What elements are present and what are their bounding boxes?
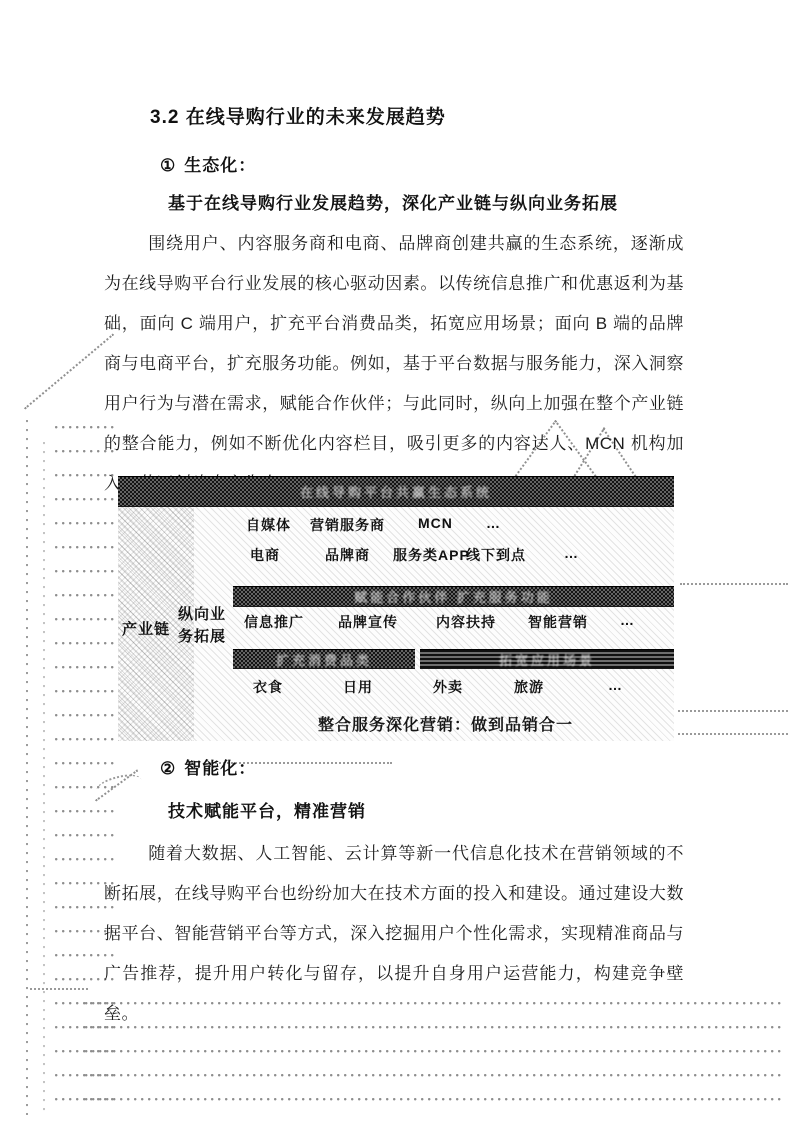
service-cell: 信息推广 — [244, 612, 304, 632]
service-cell: 品牌宣传 — [338, 612, 398, 632]
watermark-diagonal-left — [24, 333, 114, 409]
service-cell: … — [620, 612, 635, 628]
partner-cell: 自媒体 — [246, 515, 291, 535]
diagram-band3-right-text: 拓宽应用场景 — [499, 650, 595, 669]
service-cell: 内容扶持 — [436, 612, 496, 632]
diagram-title-band: 在线导购平台共赢生态系统 — [118, 476, 674, 507]
watermark-row-right-3 — [678, 733, 788, 735]
watermark-short-row — [30, 988, 88, 990]
watermark-row-right-2 — [678, 710, 788, 712]
document-page: 3.2 在线导购行业的未来发展趋势 ①生态化： 基于在线导购行业发展趋势，深化产… — [0, 0, 793, 1122]
item1-subtitle: 基于在线导购行业发展趋势，深化产业链与纵向业务拓展 — [168, 189, 618, 214]
watermark-vline-1 — [26, 420, 28, 1115]
category-cell: … — [608, 677, 623, 693]
item2-paragraph: 随着大数据、人工智能、云计算等新一代信息化技术在营销领域的不断拓展，在线导购平台… — [104, 834, 684, 1034]
diagram-band3-left: 扩充消费品类 — [233, 649, 415, 669]
watermark-row-right-1 — [680, 583, 788, 585]
partner-cell: 电商 — [250, 545, 280, 565]
category-cell: 日用 — [343, 677, 373, 697]
vertical-expansion-label: 纵向业 务拓展 — [178, 604, 226, 648]
partner-cell: 线下到点 — [466, 545, 526, 565]
vertical-expansion-line1: 纵向业 — [178, 604, 226, 626]
diagram-band3-right: 拓宽应用场景 — [420, 649, 674, 669]
watermark-vline-2 — [43, 442, 45, 1112]
item2-label: 智能化： — [184, 759, 256, 778]
diagram-band3-left-text: 扩充消费品类 — [276, 650, 372, 669]
item2-marker: ② — [160, 759, 176, 778]
partner-cell: 营销服务商 — [310, 515, 385, 535]
partner-cell: MCN — [418, 515, 453, 531]
item1-label: 生态化： — [184, 156, 256, 175]
industry-chain-label: 产业链 — [122, 618, 170, 639]
category-cell: 外卖 — [433, 677, 463, 697]
partner-cell: … — [564, 545, 579, 561]
section-title: 3.2 在线导购行业的未来发展趋势 — [150, 102, 446, 129]
diagram-band2-text: 赋能合作伙伴 扩充服务功能 — [354, 587, 553, 606]
item1-heading: ①生态化： — [160, 151, 256, 176]
industry-chain-diagram: 在线导购平台共赢生态系统 自媒体 营销服务商 MCN … 电商 品牌商 服务类A… — [118, 476, 674, 741]
category-cell: 衣食 — [253, 677, 283, 697]
item2-subtitle: 技术赋能平台，精准营销 — [168, 797, 366, 822]
item1-marker: ① — [160, 156, 176, 175]
category-cell: 旅游 — [514, 677, 544, 697]
diagram-title-band-text: 在线导购平台共赢生态系统 — [300, 482, 492, 501]
service-cell: 智能营销 — [528, 612, 588, 632]
partner-cell: 品牌商 — [325, 545, 370, 565]
diagram-band2: 赋能合作伙伴 扩充服务功能 — [233, 586, 674, 607]
partner-cell: … — [486, 515, 501, 531]
item2-heading: ②智能化： — [160, 754, 256, 779]
partner-cell: 服务类APP — [393, 545, 470, 565]
diagram-footer-text: 整合服务深化营销：做到品销合一 — [318, 712, 573, 735]
vertical-expansion-line2: 务拓展 — [178, 626, 226, 648]
item1-paragraph: 围绕用户、内容服务商和电商、品牌商创建共赢的生态系统，逐渐成为在线导购平台行业发… — [104, 224, 684, 504]
